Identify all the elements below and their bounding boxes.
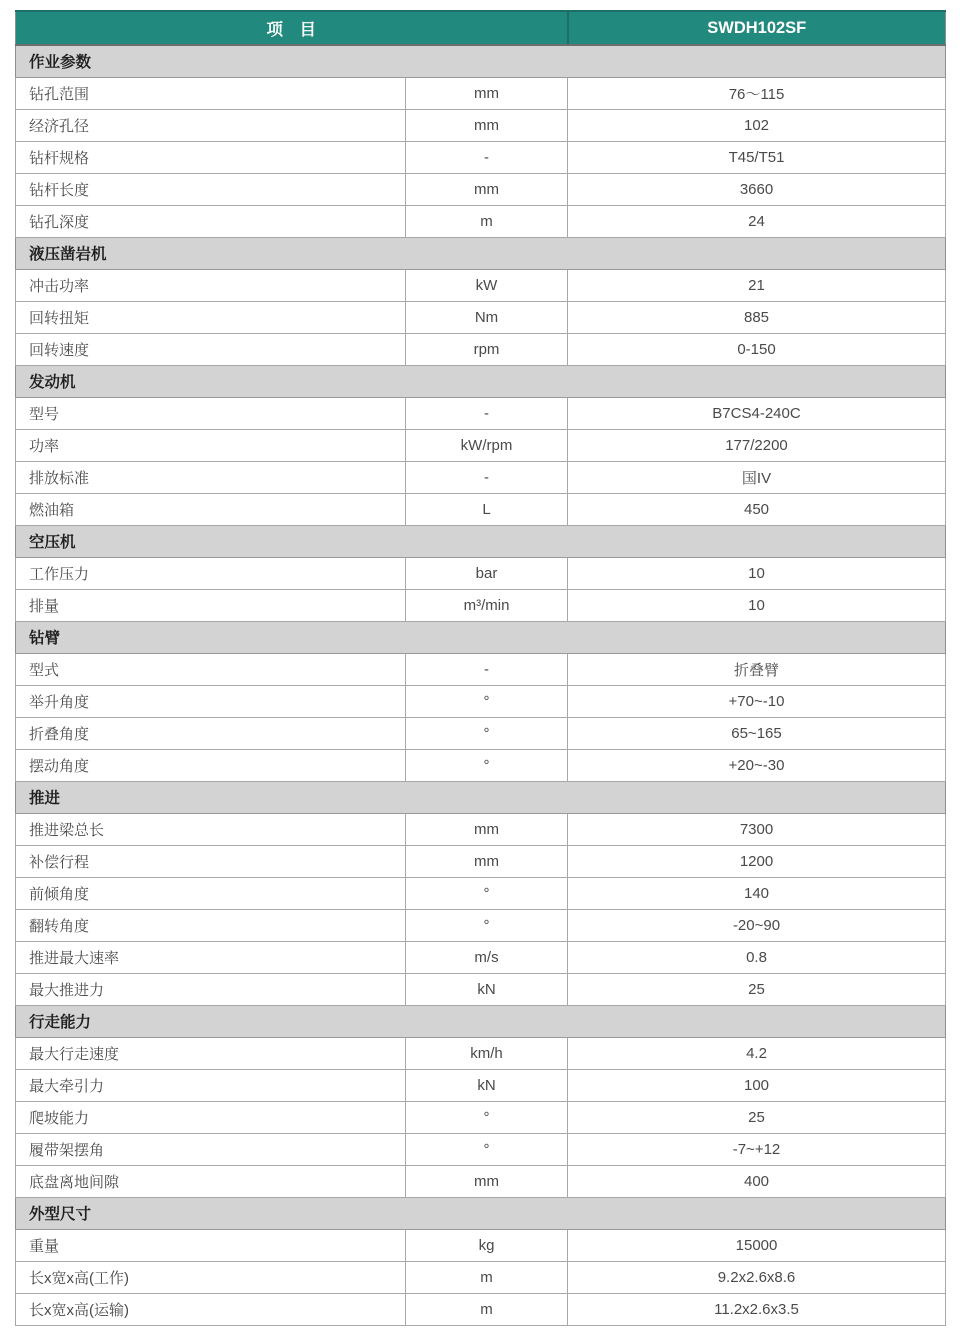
value-cell: 3660 [568, 173, 946, 205]
param-name-cell: 重量 [16, 1229, 406, 1261]
value-cell: 140 [568, 877, 946, 909]
spec-row: 长x宽x高(运输)m11.2x2.6x3.5 [16, 1293, 946, 1325]
param-name-cell: 履带架摆角 [16, 1133, 406, 1165]
section-title: 钻臂 [16, 621, 946, 653]
param-name-cell: 冲击功率 [16, 269, 406, 301]
spec-row: 回转速度rpm0-150 [16, 333, 946, 365]
param-name-cell: 最大推进力 [16, 973, 406, 1005]
unit-cell: ° [406, 717, 568, 749]
header-model-name: SWDH102SF [568, 11, 946, 45]
param-name-cell: 型式 [16, 653, 406, 685]
value-cell: 177/2200 [568, 429, 946, 461]
value-cell: -20~90 [568, 909, 946, 941]
table-header-row: 项 目 SWDH102SF [16, 11, 946, 45]
section-header-row: 外型尺寸 [16, 1197, 946, 1229]
param-name-cell: 长x宽x高(工作) [16, 1261, 406, 1293]
unit-cell: - [406, 397, 568, 429]
section-title: 作业参数 [16, 45, 946, 77]
value-cell: 0.8 [568, 941, 946, 973]
param-name-cell: 钻孔深度 [16, 205, 406, 237]
unit-cell: ° [406, 1101, 568, 1133]
spec-row: 钻杆长度mm3660 [16, 173, 946, 205]
spec-row: 底盘离地间隙mm400 [16, 1165, 946, 1197]
value-cell: 1200 [568, 845, 946, 877]
value-cell: 25 [568, 1101, 946, 1133]
value-cell: 10 [568, 589, 946, 621]
section-title: 外型尺寸 [16, 1197, 946, 1229]
spec-row: 前倾角度°140 [16, 877, 946, 909]
unit-cell: m³/min [406, 589, 568, 621]
section-header-row: 行走能力 [16, 1005, 946, 1037]
spec-sheet-page: 项 目 SWDH102SF 作业参数钻孔范围mm76～115经济孔径mm102钻… [0, 0, 960, 1326]
unit-cell: L [406, 493, 568, 525]
spec-row: 燃油箱L450 [16, 493, 946, 525]
unit-cell: ° [406, 909, 568, 941]
value-cell: 400 [568, 1165, 946, 1197]
value-cell: 9.2x2.6x8.6 [568, 1261, 946, 1293]
unit-cell: m [406, 205, 568, 237]
section-header-row: 作业参数 [16, 45, 946, 77]
spec-row: 回转扭矩Nm885 [16, 301, 946, 333]
value-cell: +70~-10 [568, 685, 946, 717]
value-cell: 102 [568, 109, 946, 141]
param-name-cell: 回转扭矩 [16, 301, 406, 333]
unit-cell: kW/rpm [406, 429, 568, 461]
spec-row: 长x宽x高(工作)m9.2x2.6x8.6 [16, 1261, 946, 1293]
param-name-cell: 回转速度 [16, 333, 406, 365]
spec-row: 重量kg15000 [16, 1229, 946, 1261]
spec-row: 最大牵引力kN100 [16, 1069, 946, 1101]
unit-cell: bar [406, 557, 568, 589]
section-header-row: 钻臂 [16, 621, 946, 653]
unit-cell: mm [406, 109, 568, 141]
value-cell: 7300 [568, 813, 946, 845]
unit-cell: ° [406, 749, 568, 781]
param-name-cell: 长x宽x高(运输) [16, 1293, 406, 1325]
section-title: 发动机 [16, 365, 946, 397]
value-cell: 25 [568, 973, 946, 1005]
spec-row: 排量m³/min10 [16, 589, 946, 621]
spec-row: 折叠角度°65~165 [16, 717, 946, 749]
param-name-cell: 推进梁总长 [16, 813, 406, 845]
unit-cell: mm [406, 845, 568, 877]
spec-row: 排放标准-国IV [16, 461, 946, 493]
value-cell: 折叠臂 [568, 653, 946, 685]
param-name-cell: 型号 [16, 397, 406, 429]
param-name-cell: 底盘离地间隙 [16, 1165, 406, 1197]
param-name-cell: 前倾角度 [16, 877, 406, 909]
spec-row: 最大推进力kN25 [16, 973, 946, 1005]
unit-cell: mm [406, 173, 568, 205]
unit-cell: mm [406, 1165, 568, 1197]
param-name-cell: 钻杆规格 [16, 141, 406, 173]
unit-cell: m/s [406, 941, 568, 973]
unit-cell: mm [406, 77, 568, 109]
spec-row: 功率kW/rpm177/2200 [16, 429, 946, 461]
spec-row: 翻转角度°-20~90 [16, 909, 946, 941]
unit-cell: kN [406, 973, 568, 1005]
param-name-cell: 排放标准 [16, 461, 406, 493]
value-cell: T45/T51 [568, 141, 946, 173]
param-name-cell: 功率 [16, 429, 406, 461]
section-header-row: 发动机 [16, 365, 946, 397]
unit-cell: Nm [406, 301, 568, 333]
unit-cell: m [406, 1261, 568, 1293]
spec-row: 钻孔深度m24 [16, 205, 946, 237]
value-cell: 0-150 [568, 333, 946, 365]
value-cell: 11.2x2.6x3.5 [568, 1293, 946, 1325]
value-cell: +20~-30 [568, 749, 946, 781]
spec-row: 最大行走速度km/h4.2 [16, 1037, 946, 1069]
spec-row: 钻杆规格-T45/T51 [16, 141, 946, 173]
param-name-cell: 燃油箱 [16, 493, 406, 525]
section-title: 推进 [16, 781, 946, 813]
value-cell: 21 [568, 269, 946, 301]
unit-cell: - [406, 461, 568, 493]
spec-row: 推进梁总长mm7300 [16, 813, 946, 845]
value-cell: 76～115 [568, 77, 946, 109]
param-name-cell: 钻杆长度 [16, 173, 406, 205]
value-cell: 450 [568, 493, 946, 525]
unit-cell: kN [406, 1069, 568, 1101]
value-cell: 100 [568, 1069, 946, 1101]
spec-row: 型号-B7CS4-240C [16, 397, 946, 429]
header-item-label: 项 目 [16, 11, 568, 45]
param-name-cell: 经济孔径 [16, 109, 406, 141]
spec-row: 钻孔范围mm76～115 [16, 77, 946, 109]
unit-cell: m [406, 1293, 568, 1325]
section-header-row: 空压机 [16, 525, 946, 557]
spec-row: 爬坡能力°25 [16, 1101, 946, 1133]
param-name-cell: 举升角度 [16, 685, 406, 717]
spec-table-body: 作业参数钻孔范围mm76～115经济孔径mm102钻杆规格-T45/T51钻杆长… [16, 45, 946, 1325]
spec-row: 摆动角度°+20~-30 [16, 749, 946, 781]
param-name-cell: 工作压力 [16, 557, 406, 589]
value-cell: 885 [568, 301, 946, 333]
value-cell: 24 [568, 205, 946, 237]
spec-row: 型式-折叠臂 [16, 653, 946, 685]
param-name-cell: 折叠角度 [16, 717, 406, 749]
section-title: 液压凿岩机 [16, 237, 946, 269]
param-name-cell: 补偿行程 [16, 845, 406, 877]
section-title: 行走能力 [16, 1005, 946, 1037]
spec-row: 冲击功率kW21 [16, 269, 946, 301]
param-name-cell: 钻孔范围 [16, 77, 406, 109]
value-cell: 65~165 [568, 717, 946, 749]
spec-row: 工作压力bar10 [16, 557, 946, 589]
value-cell: 4.2 [568, 1037, 946, 1069]
unit-cell: - [406, 141, 568, 173]
param-name-cell: 翻转角度 [16, 909, 406, 941]
spec-row: 经济孔径mm102 [16, 109, 946, 141]
unit-cell: kg [406, 1229, 568, 1261]
value-cell: 10 [568, 557, 946, 589]
param-name-cell: 摆动角度 [16, 749, 406, 781]
spec-row: 举升角度°+70~-10 [16, 685, 946, 717]
section-header-row: 推进 [16, 781, 946, 813]
spec-row: 补偿行程mm1200 [16, 845, 946, 877]
unit-cell: rpm [406, 333, 568, 365]
unit-cell: ° [406, 1133, 568, 1165]
param-name-cell: 最大牵引力 [16, 1069, 406, 1101]
unit-cell: mm [406, 813, 568, 845]
spec-row: 履带架摆角°-7~+12 [16, 1133, 946, 1165]
param-name-cell: 最大行走速度 [16, 1037, 406, 1069]
unit-cell: kW [406, 269, 568, 301]
unit-cell: ° [406, 685, 568, 717]
value-cell: -7~+12 [568, 1133, 946, 1165]
section-title: 空压机 [16, 525, 946, 557]
param-name-cell: 爬坡能力 [16, 1101, 406, 1133]
value-cell: 国IV [568, 461, 946, 493]
unit-cell: ° [406, 877, 568, 909]
value-cell: B7CS4-240C [568, 397, 946, 429]
value-cell: 15000 [568, 1229, 946, 1261]
section-header-row: 液压凿岩机 [16, 237, 946, 269]
spec-table: 项 目 SWDH102SF 作业参数钻孔范围mm76～115经济孔径mm102钻… [15, 10, 946, 1326]
unit-cell: - [406, 653, 568, 685]
unit-cell: km/h [406, 1037, 568, 1069]
spec-row: 推进最大速率m/s0.8 [16, 941, 946, 973]
param-name-cell: 推进最大速率 [16, 941, 406, 973]
param-name-cell: 排量 [16, 589, 406, 621]
